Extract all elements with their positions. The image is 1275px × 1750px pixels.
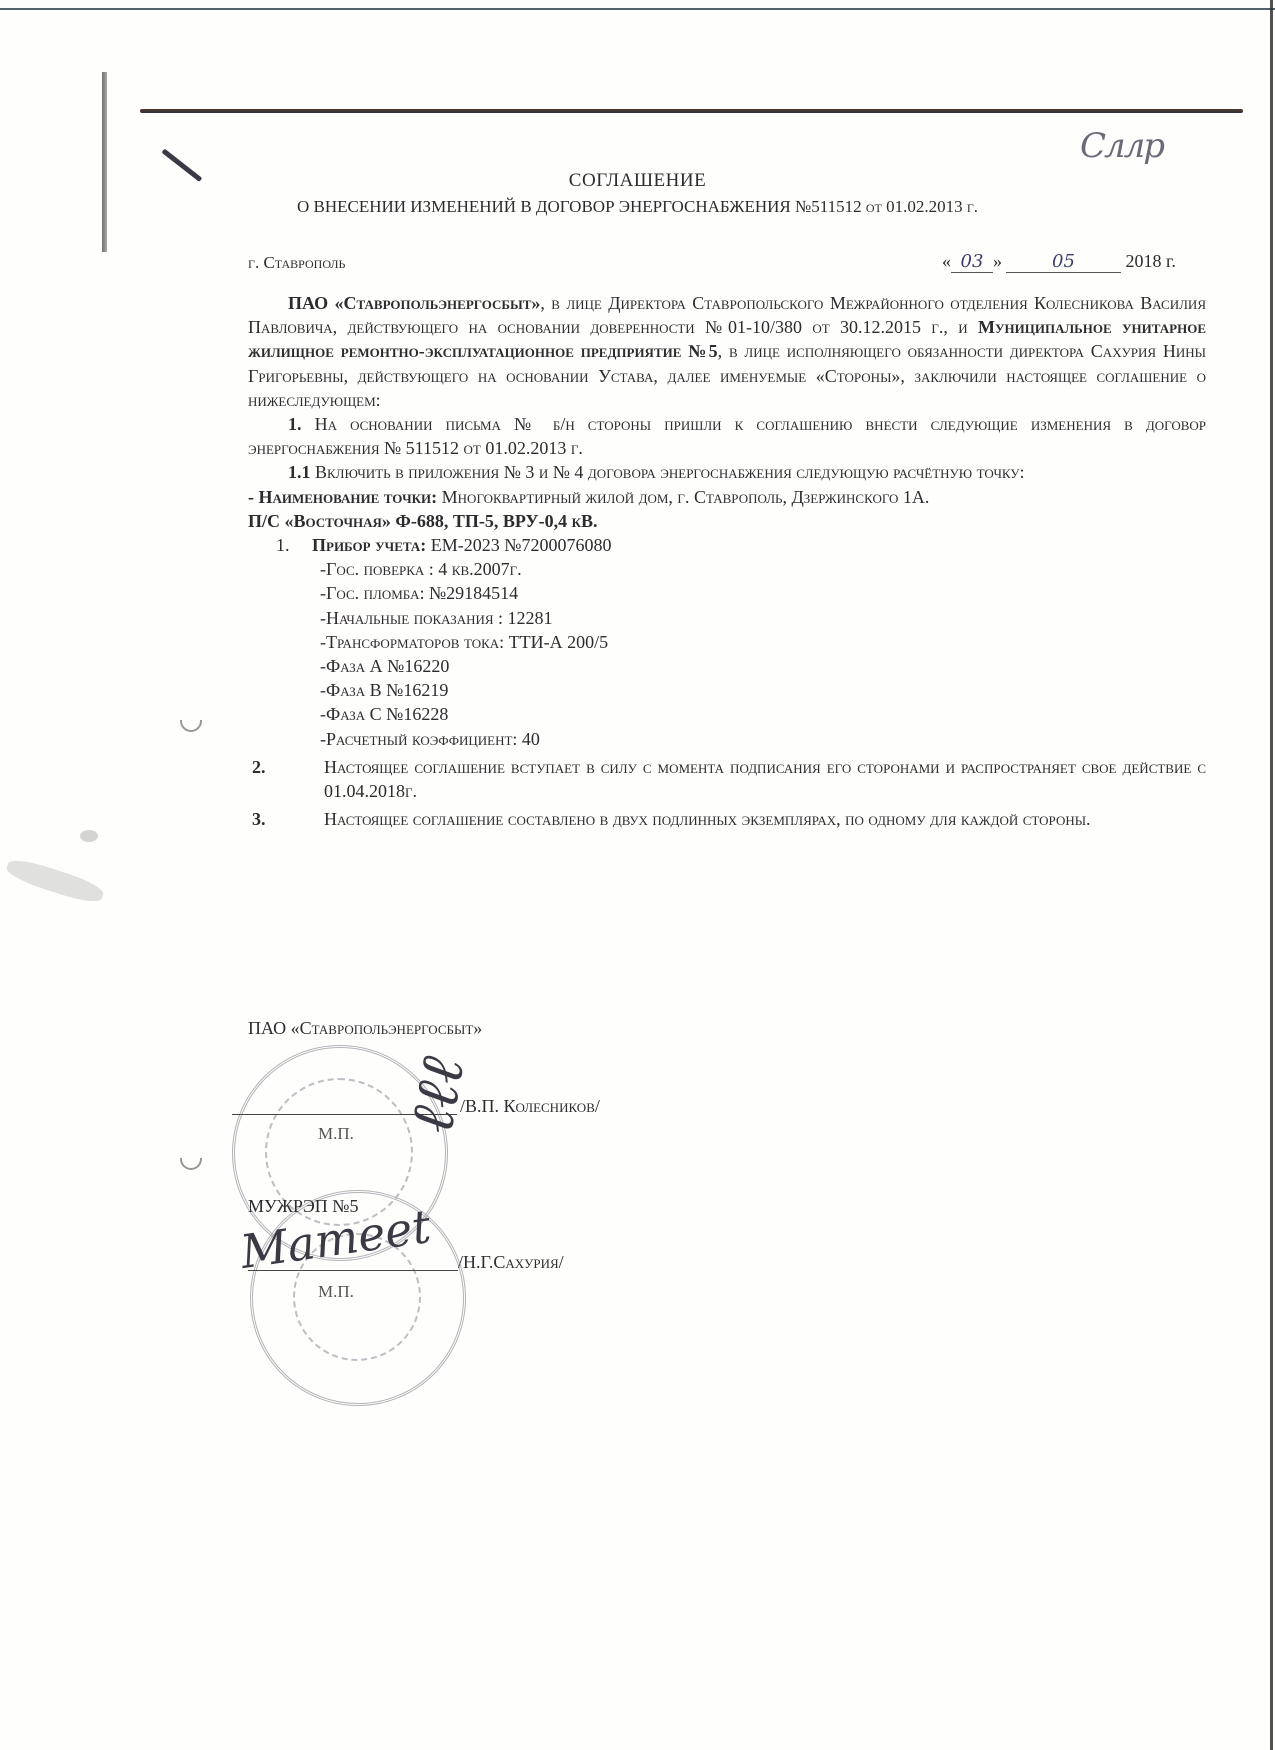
signature-org-party1: ПАО «Ставропольэнергосбыт» (248, 1018, 482, 1039)
scan-border-right (1270, 0, 1273, 1750)
document-title: СОГЛАШЕНИЕ (0, 170, 1275, 192)
date-month: 05 (1006, 251, 1121, 273)
date-year: 2018 г. (1126, 251, 1176, 271)
clause-2: 2.Настоящее соглашение вступает в силу с… (288, 755, 1206, 803)
corner-handwriting: Сллр (1080, 126, 1163, 166)
clause-3-number: 3. (288, 807, 324, 831)
clause-1-1-number: 1.1 (288, 462, 311, 482)
date-close-quote: » (993, 251, 1002, 271)
point-name-label: - Наименование точки: (248, 487, 437, 507)
signature-name-party1: /В.П. Колесников/ (460, 1096, 600, 1117)
meter-detail: -Трансформаторов тока: ТТИ-А 200/5 (248, 630, 1206, 654)
meter-detail: -Расчетный коэффициент: 40 (248, 727, 1206, 751)
seal-label-party1: М.П. (318, 1124, 354, 1144)
meter-detail: -Гос. поверка : 4 кв.2007г. (248, 557, 1206, 581)
scan-artifact-hole-mark (180, 720, 202, 732)
date-day: 03 (951, 251, 993, 273)
clause-2-text: Настоящее соглашение вступает в силу с м… (324, 757, 1206, 801)
signature-name-party2: /Н.Г.Сахурия/ (458, 1252, 564, 1273)
clause-2-number: 2. (288, 755, 324, 779)
clause-1: 1. На основании письма № б/н стороны при… (248, 412, 1206, 460)
point-name: - Наименование точки: Многоквартирный жи… (248, 485, 1206, 509)
scan-border-top (0, 8, 1275, 10)
meter-value: ЕМ-2023 №7200076080 (426, 535, 611, 555)
seal-label-party2: М.П. (318, 1282, 354, 1302)
meter-number: 1. (276, 533, 312, 557)
scan-artifact-hole-mark (180, 1158, 202, 1170)
clause-1-number: 1. (288, 414, 302, 434)
scan-artifact-left-bar (102, 72, 107, 252)
clause-1-1-text: Включить в приложения № 3 и № 4 договора… (311, 462, 1025, 482)
handwritten-signature-party1: ℓℓℓ (397, 1052, 479, 1138)
document-body: ПАО «Ставропольэнергосбыт», в лице Дирек… (248, 291, 1206, 831)
clause-1-1: 1.1 Включить в приложения № 3 и № 4 дого… (248, 460, 1206, 484)
party1-name: ПАО «Ставропольэнергосбыт» (288, 293, 540, 313)
scan-artifact-speck (80, 830, 98, 842)
scan-artifact-smudge (4, 855, 106, 907)
meter-detail: -Гос. пломба: №29184514 (248, 581, 1206, 605)
meter-detail: -Начальные показания : 12281 (248, 606, 1206, 630)
substation: П/С «Восточная» Ф-688, ТП-5, ВРУ-0,4 кВ. (248, 509, 1206, 533)
meter-detail: -Фаза А №16220 (248, 654, 1206, 678)
date-open-quote: « (942, 251, 951, 271)
meter: 1.Прибор учета: ЕМ-2023 №7200076080 (248, 533, 1206, 557)
meter-label: Прибор учета: (312, 535, 426, 555)
point-name-value: Многоквартирный жилой дом, г. Ставрополь… (437, 487, 929, 507)
preamble: ПАО «Ставропольэнергосбыт», в лице Дирек… (248, 291, 1206, 412)
meter-detail: -Фаза В №16219 (248, 678, 1206, 702)
header-rule (140, 109, 1243, 113)
document-subtitle: О ВНЕСЕНИИ ИЗМЕНЕНИЙ В ДОГОВОР ЭНЕРГОСНА… (0, 197, 1275, 217)
city: г. Ставрополь (248, 253, 345, 273)
scanned-document-page: Сллр СОГЛАШЕНИЕ О ВНЕСЕНИИ ИЗМЕНЕНИЙ В Д… (0, 0, 1275, 1750)
clause-3-text: Настоящее соглашение составлено в двух п… (324, 809, 1091, 829)
document-date: «03»05 2018 г. (942, 251, 1176, 273)
meter-detail: -Фаза С №16228 (248, 702, 1206, 726)
clause-3: 3.Настоящее соглашение составлено в двух… (288, 807, 1206, 831)
clause-1-text: На основании письма № б/н стороны пришли… (248, 414, 1206, 458)
